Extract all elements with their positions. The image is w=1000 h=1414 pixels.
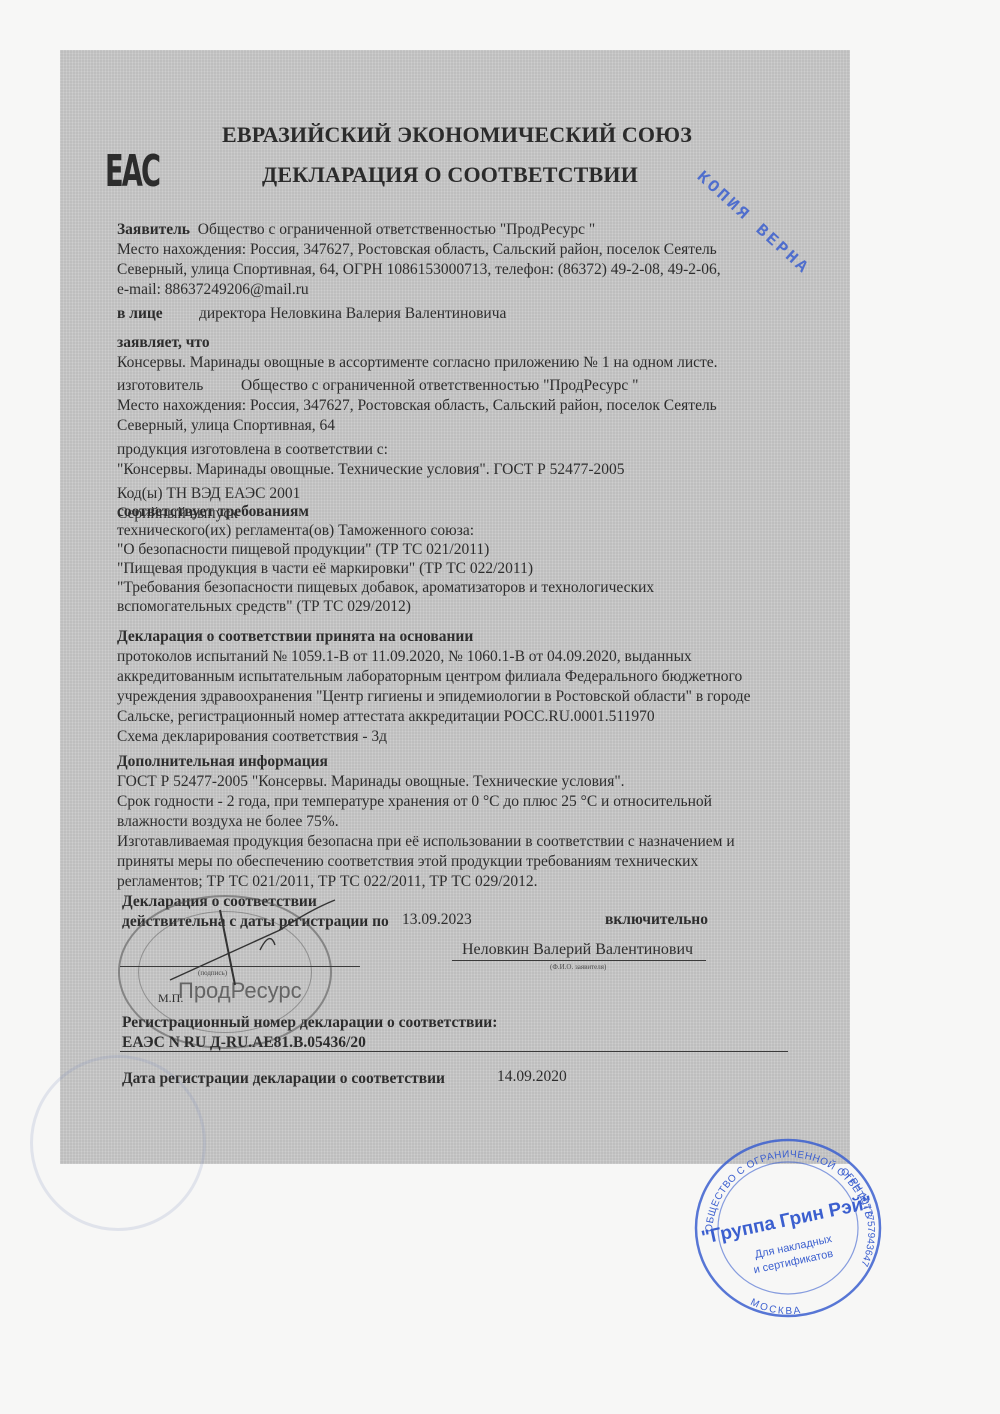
product-description: Консервы. Маринады овощные в ассортимент… [117, 353, 718, 373]
seal-ring-bottom: МОСКВА [749, 1297, 803, 1317]
manufacturer-address-2: Северный, улица Спортивная, 64 [117, 416, 718, 436]
header-union: ЕВРАЗИЙСКИЙ ЭКОНОМИЧЕСКИЙ СОЮЗ [222, 122, 692, 148]
registration-date-label: Дата регистрации декларации о соответств… [122, 1069, 445, 1089]
applicant-email: e-mail: 88637249206@mail.ru [117, 280, 721, 300]
valid-until-date: 13.09.2023 [402, 910, 472, 930]
applicant-name: Общество с ограниченной ответственностью… [198, 221, 596, 238]
in-person-label: в лице [117, 304, 199, 324]
seal-place-label: М.П. [158, 988, 183, 1008]
manufacturer-name: Общество с ограниченной ответственностью… [241, 377, 639, 394]
basis-line: Схема декларирования соответствия - 3д [117, 727, 751, 747]
signer-caption: (Ф.И.О. заявителя) [550, 963, 606, 971]
complies-label: соответствует требованиям [117, 502, 654, 521]
applicant-address-2: Северный, улица Спортивная, 64, ОГРН 108… [117, 260, 721, 280]
signature-scribble [160, 890, 340, 990]
signer-name-line [452, 960, 706, 961]
additional-line: ГОСТ Р 52477-2005 "Консервы. Маринады ов… [117, 772, 735, 792]
additional-line: регламентов; ТР ТС 021/2011, ТР ТС 022/2… [117, 872, 735, 892]
regulation-item: "Требования безопасности пищевых добавок… [117, 578, 654, 597]
additional-line: приняты меры по обеспечению соответствия… [117, 852, 735, 872]
made-per-label: продукция изготовлена в соответствии с: [117, 440, 718, 460]
manufacturer-label: изготовитель [117, 376, 241, 396]
complies-intro: технического(их) регламента(ов) Таможенн… [117, 521, 654, 540]
manufacturer-address-1: Место нахождения: Россия, 347627, Ростов… [117, 396, 718, 416]
additional-line: влажности воздуха не более 75%. [117, 812, 735, 832]
additional-info-section: Дополнительная информация ГОСТ Р 52477-2… [117, 752, 735, 892]
regulation-item: "Пищевая продукция в части её маркировки… [117, 559, 654, 578]
applicant-label: Заявитель [117, 221, 190, 238]
eac-logo: EAC [105, 150, 159, 194]
registration-number-line [120, 1051, 788, 1052]
basis-line: протоколов испытаний № 1059.1-В от 11.09… [117, 647, 751, 667]
seal-center-title: "Группа Грин Рэй" [700, 1192, 874, 1249]
basis-label: Декларация о соответствии принята на осн… [117, 627, 751, 647]
header-declaration-title: ДЕКЛАРАЦИЯ О СООТВЕТСТВИИ [262, 162, 638, 188]
inclusive-label: включительно [605, 910, 708, 930]
registration-date: 14.09.2020 [497, 1067, 567, 1087]
applicant-person: директора Неловкина Валерия Валентинович… [199, 305, 506, 322]
additional-line: Изготавливаемая продукция безопасна при … [117, 832, 735, 852]
registration-number: ЕАЭС N RU Д-RU.АЕ81.В.05436/20 [122, 1033, 366, 1053]
signer-name: Неловкин Валерий Валентинович [462, 940, 693, 960]
declares-section: заявляет, что Консервы. Маринады овощные… [117, 333, 718, 524]
applicant-section: Заявитель Общество с ограниченной ответс… [117, 220, 721, 324]
additional-info-label: Дополнительная информация [117, 752, 735, 772]
basis-line: учреждения здравоохранения "Центр гигиен… [117, 687, 751, 707]
basis-line: аккредитованным испытательным лабораторн… [117, 667, 751, 687]
applicant-address-1: Место нахождения: Россия, 347627, Ростов… [117, 240, 721, 260]
additional-line: Срок годности - 2 года, при температуре … [117, 792, 735, 812]
blue-company-seal: ОБЩЕСТВО С ОГРАНИЧЕННОЙ ОТВЕТСТВЕННОСТЬЮ… [690, 1132, 886, 1320]
declares-label: заявляет, что [117, 333, 718, 353]
regulation-item: "О безопасности пищевой продукции" (ТР Т… [117, 540, 654, 559]
complies-section: соответствует требованиям технического(и… [117, 502, 654, 616]
basis-section: Декларация о соответствии принята на осн… [117, 627, 751, 747]
made-per-standard: "Консервы. Маринады овощные. Технические… [117, 460, 718, 480]
regulation-item: вспомогательных средств" (ТР ТС 029/2012… [117, 597, 654, 616]
svg-text:МОСКВА: МОСКВА [749, 1297, 803, 1317]
registration-number-label: Регистрационный номер декларации о соотв… [122, 1013, 497, 1033]
tn-ved-code: Код(ы) ТН ВЭД ЕАЭС 2001 [117, 484, 718, 504]
basis-line: Сальске, регистрационный номер аттестата… [117, 707, 751, 727]
